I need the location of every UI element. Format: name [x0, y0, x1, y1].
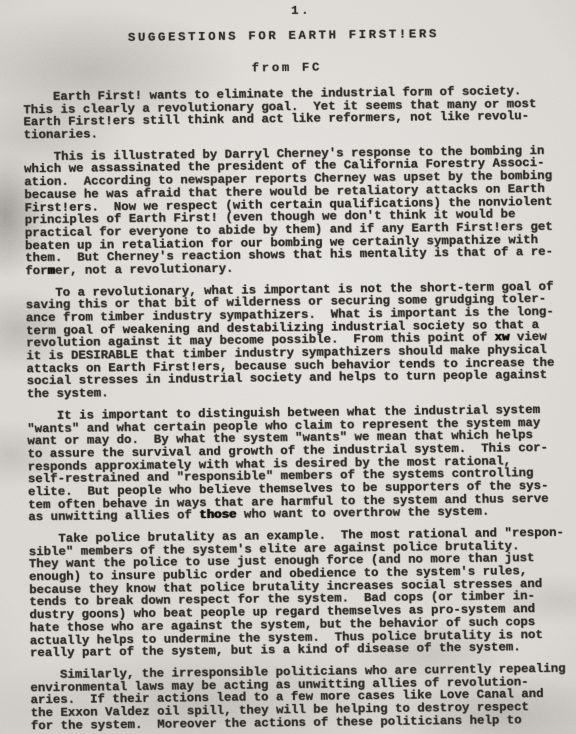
document-body: Earth First! wants to eliminate the indu… [23, 84, 576, 732]
document-title: SUGGESTIONS FOR EARTH FIRST!ERS [0, 27, 572, 47]
paragraph: Similarly, the irresponsible politicians… [30, 662, 576, 732]
paragraph: To a revolutionary, what is important is… [25, 280, 576, 401]
paragraph: This is illustrated by Darryl Cherney's … [24, 144, 576, 278]
paragraph: It is important to distinguish between w… [27, 403, 576, 524]
paragraph: Take police brutality as an example. The… [28, 526, 576, 660]
page-content: 1. SUGGESTIONS FOR EARTH FIRST!ERS from … [0, 0, 576, 733]
page-number: 1. [30, 2, 572, 22]
document-byline: from FC [1, 59, 573, 79]
scanned-page-photo: 1. SUGGESTIONS FOR EARTH FIRST!ERS from … [0, 0, 576, 734]
paragraph: Earth First! wants to eliminate the indu… [23, 84, 574, 141]
